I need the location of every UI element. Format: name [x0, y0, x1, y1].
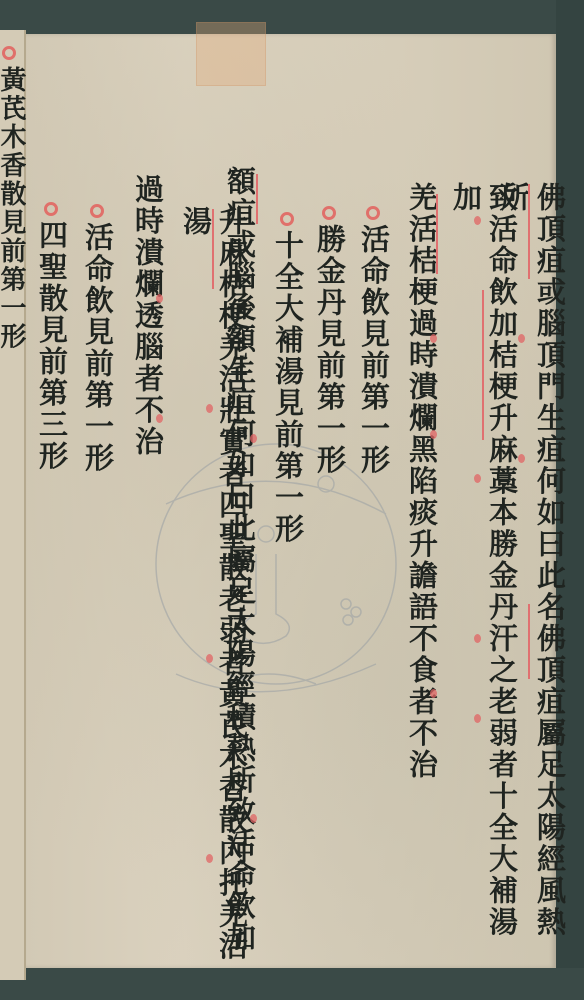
text-column-8: 升麻桔梗羌活壯實者四聖散老弱者黃芪木香散內托羌活湯	[178, 206, 250, 968]
red-circle-mark-icon	[322, 206, 336, 220]
red-punctuation-dot	[250, 814, 257, 823]
red-underline-mark	[482, 290, 484, 440]
red-punctuation-dot	[156, 294, 163, 303]
text-column-2: 致活命飲加桔梗升麻藁本勝金丹汗之老弱者十全大補湯加	[448, 182, 520, 968]
red-circle-mark-icon	[90, 204, 104, 218]
red-circle-mark-icon	[44, 202, 58, 216]
red-punctuation-dot	[430, 430, 437, 439]
red-punctuation-dot	[206, 654, 213, 663]
manuscript-scan: 黃芪木香散見前第一形 佛頂疽或腦頂門生疽何如曰此名佛頂疽屬足太陽經風熱所 致活命…	[0, 0, 584, 1000]
red-underline-mark	[528, 184, 530, 279]
text-column-10: 活命飲見前第一形	[80, 222, 116, 474]
manuscript-page: 佛頂疽或腦頂門生疽何如曰此名佛頂疽屬足太陽經風熱所 致活命飲加桔梗升麻藁本勝金丹…	[26, 34, 556, 968]
scan-backdrop-bottom	[0, 968, 584, 1000]
red-punctuation-dot	[156, 414, 163, 423]
red-circle-mark-icon	[2, 46, 16, 60]
text-column-5: 勝金丹見前第一形	[312, 224, 348, 476]
red-punctuation-dot	[474, 216, 481, 225]
red-underline-mark	[436, 194, 438, 274]
text-column-4: 活命飲見前第一形	[356, 224, 392, 476]
red-underline-mark	[212, 209, 214, 289]
red-punctuation-dot	[430, 689, 437, 698]
red-punctuation-dot	[518, 454, 525, 463]
red-punctuation-dot	[206, 854, 213, 863]
head-diagram-sketch	[86, 414, 446, 774]
collector-seal	[196, 22, 266, 86]
scan-backdrop-top	[0, 0, 584, 34]
red-punctuation-dot	[206, 404, 213, 413]
red-circle-mark-icon	[280, 212, 294, 226]
red-underline-mark	[528, 604, 530, 679]
red-punctuation-dot	[474, 634, 481, 643]
red-underline-mark	[256, 174, 258, 224]
adjacent-page-edge: 黃芪木香散見前第一形	[0, 30, 26, 980]
text-column-6: 十全大補湯見前第一形	[270, 230, 306, 545]
red-punctuation-dot	[250, 434, 257, 443]
red-circle-mark-icon	[366, 206, 380, 220]
red-punctuation-dot	[474, 714, 481, 723]
red-punctuation-dot	[430, 334, 437, 343]
red-punctuation-dot	[518, 334, 525, 343]
adjacent-page-fragment: 黃芪木香散見前第一形	[0, 66, 26, 351]
red-punctuation-dot	[474, 474, 481, 483]
text-column-11: 四聖散見前第三形	[34, 220, 70, 472]
